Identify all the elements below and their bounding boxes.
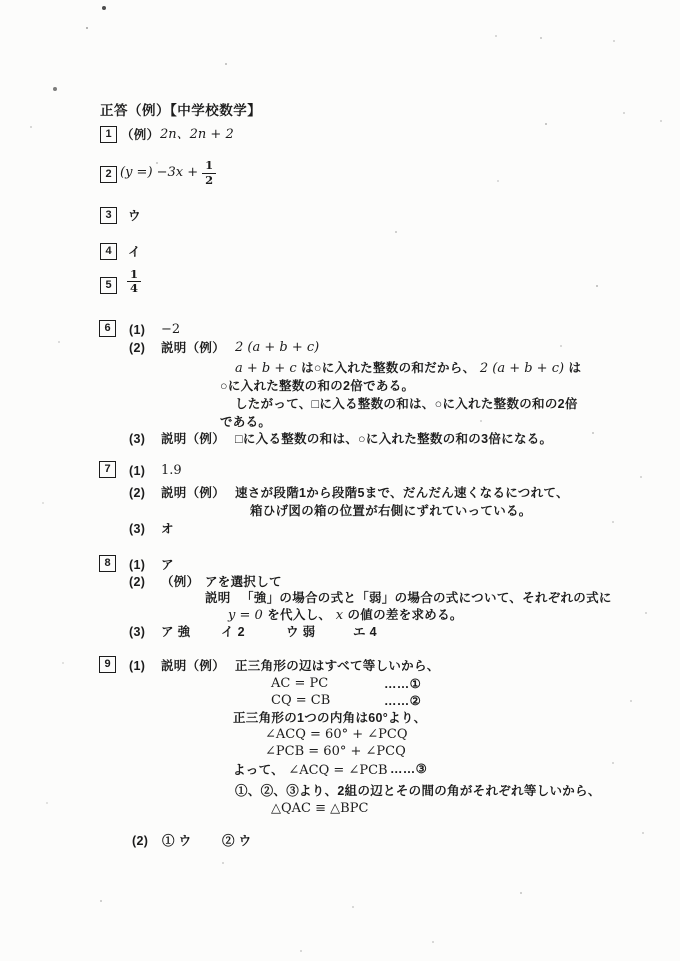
q9-equation-2: CQ = CB — [271, 693, 330, 709]
q6-part2-label: (2) — [129, 340, 145, 356]
q9-part1-line3: よって、 ∠ACQ = ∠PCB — [233, 761, 388, 779]
question-9-number: 9 — [99, 656, 116, 673]
scanned-answer-sheet: 正答（例）【中学校数学】 1 （例） 2n、2n + 2 2 (y =) −3x… — [0, 0, 680, 961]
q8-part1-label: (1) — [129, 557, 145, 573]
q8-line3-text2: の値の差を求める。 — [348, 608, 463, 622]
q7-part1-label: (1) — [129, 463, 145, 479]
q7-part2-line2: 箱ひげ図の箱の位置が右側にずれていっている。 — [250, 503, 532, 519]
q5-fraction-denominator: 4 — [127, 281, 141, 295]
question-3-number: 3 — [100, 207, 117, 224]
q9-part1-explanation-tag: 説明（例） — [161, 658, 225, 674]
q8-part2-explanation-label: 説明 — [205, 590, 231, 606]
q8-part3-item1: ア 強 — [161, 624, 190, 640]
q5-fraction: 1 4 — [127, 268, 141, 295]
q8-line3-math2: x — [336, 608, 343, 623]
q9-equation-3: ∠ACQ = 60° + ∠PCQ — [265, 727, 408, 743]
q8-part3-label: (3) — [129, 624, 145, 640]
q8-line3-text1: を代入し、 — [267, 608, 331, 622]
q6-part2-line1: 2 (a + b + c) — [235, 340, 319, 356]
q6-line2-text2: は — [569, 361, 582, 375]
q2-expression: (y =) −3x + — [120, 165, 198, 181]
q4-answer: イ — [128, 244, 141, 260]
q2-fraction-numerator: 1 — [202, 159, 216, 172]
q6-part3-text: □に入る整数の和は、○に入れた整数の和の3倍になる。 — [235, 431, 552, 447]
q8-part3-item2: イ 2 — [221, 624, 245, 640]
q9-part2-answer-1: ① ウ — [162, 833, 191, 849]
q6-part1-answer: −2 — [161, 322, 180, 338]
q6-part2-line3: ○に入れた整数の和の2倍である。 — [220, 378, 414, 394]
q8-part2-line2: 「強」の場合の式と「弱」の場合の式について、それぞれの式に — [241, 590, 612, 606]
page-title: 正答（例）【中学校数学】 — [100, 103, 261, 119]
q6-line2-math2: 2 (a + b + c) — [480, 361, 564, 376]
question-2-number: 2 — [100, 166, 117, 183]
q8-line3-math1: y = 0 — [228, 608, 263, 623]
q8-part2-line1: アを選択して — [205, 574, 282, 590]
q9-part1-label: (1) — [129, 658, 145, 674]
q6-part3-explanation-tag: 説明（例） — [161, 431, 225, 447]
scan-noise — [0, 0, 2, 2]
q6-part2-line2: a + b + c は○に入れた整数の和だから、 2 (a + b + c) は — [235, 359, 581, 377]
q8-part1-answer: ア — [161, 557, 174, 573]
q9-equation-5: ∠ACQ = ∠PCB — [288, 763, 387, 778]
q2-fraction: 1 2 — [202, 159, 216, 186]
q2-answer: (y =) −3x + 1 2 — [120, 156, 216, 190]
q9-part1-line4: ①、②、③より、2組の辺とその間の角がそれぞれ等しいから、 — [235, 783, 601, 799]
q9-equation-6: △QAC ≡ △BPC — [271, 801, 368, 817]
q8-part3-item4: エ 4 — [353, 624, 377, 640]
q7-part2-explanation-tag: 説明（例） — [161, 485, 225, 501]
q5-answer: 1 4 — [127, 268, 141, 295]
q7-part1-answer: 1.9 — [161, 463, 182, 479]
q6-part2-explanation-tag: 説明（例） — [161, 340, 225, 356]
q9-equation-1: AC = PC — [271, 676, 328, 692]
q1-answer: 2n、2n + 2 — [160, 127, 234, 143]
q3-answer: ウ — [128, 208, 141, 224]
q5-fraction-numerator: 1 — [127, 268, 141, 281]
q8-part2-example-tag: （例） — [161, 574, 199, 590]
q9-ref-1: ……① — [384, 676, 421, 692]
q9-part2-label: (2) — [132, 833, 148, 849]
q8-part2-label: (2) — [129, 574, 145, 590]
q9-part2-answer-2: ② ウ — [222, 833, 251, 849]
q6-part3-label: (3) — [129, 431, 145, 447]
q6-part2-line4: したがって、□に入る整数の和は、○に入れた整数の和の2倍 — [235, 396, 578, 412]
question-4-number: 4 — [100, 243, 117, 260]
question-6-number: 6 — [99, 320, 116, 337]
question-7-number: 7 — [99, 461, 116, 478]
q9-ref-2: ……② — [384, 693, 421, 709]
q9-line3-text: よって、 — [233, 763, 284, 777]
q7-part3-answer: オ — [161, 521, 174, 537]
q9-ref-3: ……③ — [390, 761, 427, 777]
q1-example-tag: （例） — [121, 127, 159, 143]
q7-part2-label: (2) — [129, 485, 145, 501]
question-8-number: 8 — [99, 555, 116, 572]
question-5-number: 5 — [100, 277, 117, 294]
q6-line2-math1: a + b + c — [235, 361, 297, 376]
q7-part2-line1: 速さが段階1から段階5まで、だんだん速くなるにつれて、 — [235, 485, 569, 501]
q9-part1-line1: 正三角形の辺はすべて等しいから、 — [235, 658, 440, 674]
q6-part2-line5: である。 — [220, 414, 271, 430]
q6-part1-label: (1) — [129, 322, 145, 338]
q9-part1-line2: 正三角形の1つの内角は60°より、 — [233, 710, 426, 726]
q8-part3-item3: ウ 弱 — [286, 624, 315, 640]
q2-fraction-denominator: 2 — [202, 173, 216, 187]
q7-part3-label: (3) — [129, 521, 145, 537]
q6-line2-text1: は○に入れた整数の和だから、 — [301, 361, 475, 375]
q8-part2-line3: y = 0 を代入し、 x の値の差を求める。 — [228, 606, 463, 624]
question-1-number: 1 — [100, 126, 117, 143]
q9-equation-4: ∠PCB = 60° + ∠PCQ — [265, 744, 406, 760]
